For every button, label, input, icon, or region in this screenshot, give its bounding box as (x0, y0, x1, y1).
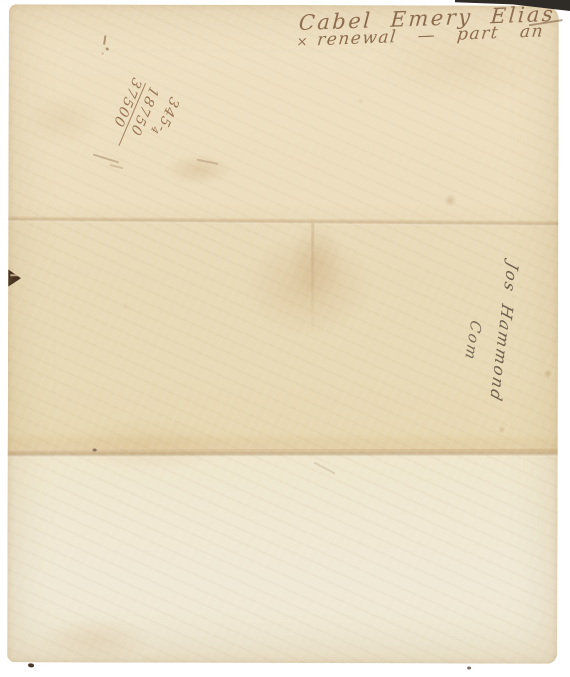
ink-speck (93, 449, 97, 452)
ink-dot (106, 48, 109, 51)
left-edge-tear (8, 267, 22, 288)
ink-scratch (103, 35, 106, 44)
faint-pen-stroke (93, 154, 119, 164)
fold-crease-lower (8, 449, 558, 459)
ink-speck (467, 666, 471, 669)
side-note-name: Jos Hammond (486, 260, 522, 405)
scanned-document-page: { "scan": { "background_color": "#ffffff… (0, 0, 570, 677)
x-mark: × (296, 35, 310, 51)
fold-crease-upper (8, 216, 558, 228)
vertical-crease (311, 223, 314, 338)
faint-pen-stroke (314, 462, 336, 475)
faint-pen-stroke (109, 164, 123, 169)
ink-dot (102, 53, 104, 55)
paper-sheet: Cabel Emery Elias ×renewal — part an 345… (7, 4, 559, 663)
side-note-secondary: Com (461, 318, 485, 364)
faint-pen-stroke (196, 159, 218, 165)
ink-speck (28, 663, 34, 667)
handwritten-calculation: 345-4 18750 37500 (103, 75, 181, 164)
fold-shadow-band (8, 432, 558, 450)
